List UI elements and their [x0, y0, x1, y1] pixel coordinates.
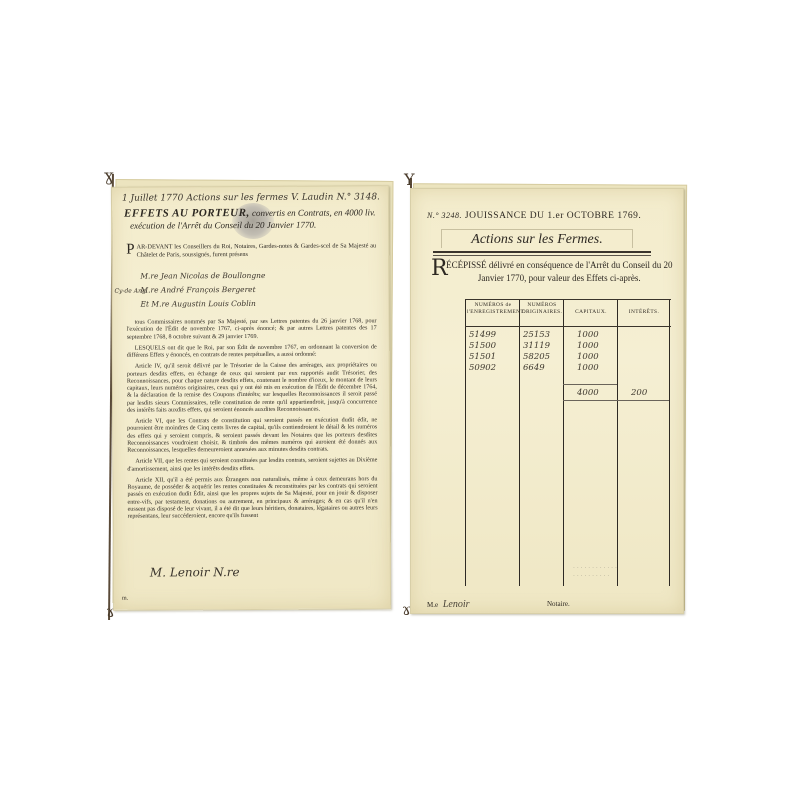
table-cell: 1000: [577, 363, 599, 373]
handwritten-date: 1 Juillet 1770: [122, 193, 183, 203]
header-interest: INTÉRÊTS.: [619, 309, 669, 316]
left-handwritten-header: 1 Juillet 1770 Actions sur les fermes V.…: [122, 192, 380, 203]
table-col-line: [617, 300, 618, 586]
left-title: EFFETS AU PORTEUR, convertis en Contrats…: [124, 206, 380, 231]
body-text: tous Commissaires nommés par Sa Majesté,…: [127, 318, 378, 525]
name-3: Et M.re Augustin Louis Coblin: [140, 296, 370, 311]
header-original-numbers: NUMÉROS ORIGINAIRES.: [521, 302, 563, 316]
paragraph-lesquels: LESQUELS ont dit que le Roi, par son Édi…: [127, 344, 377, 360]
header-text: JOUISSANCE DU 1.er OCTOBRE 1769.: [465, 211, 641, 221]
table-col-line: [519, 300, 520, 586]
table-cell: 1000: [577, 341, 599, 351]
table-cell: 51499: [469, 330, 496, 340]
title-caps: EFFETS AU PORTEUR,: [124, 207, 250, 220]
footer-signature: Lenoir: [443, 599, 470, 610]
handwritten-note: Actions sur les fermes: [186, 193, 287, 204]
table-cell: 1000: [577, 330, 599, 340]
paragraph-article-vi: Article VI, que les Contrats de constitu…: [127, 417, 377, 455]
paragraph-article-iv: Article IV, qu'il seroit délivré par le …: [127, 363, 377, 415]
left-document-page: 1 Juillet 1770 Actions sur les fermes V.…: [111, 185, 391, 610]
total-interest: 200: [631, 388, 647, 398]
table-cell: 31119: [523, 341, 550, 351]
table-cell: 25153: [523, 330, 550, 340]
table-header-row: NUMÉROS de l'ENREGISTREMENT. NUMÉROS ORI…: [465, 300, 671, 327]
total-rule: [563, 384, 617, 385]
string-knot-right-top: Y: [404, 170, 415, 189]
table-col-line: [563, 300, 564, 586]
right-document-page: N.° 3248. JOUISSANCE DU 1.er OCTOBRE 176…: [410, 188, 684, 614]
heavy-rule: [433, 251, 651, 253]
name-1: M.re Jean Nicolas de Boullongne: [140, 268, 370, 283]
receipt-text: R ÉCÉPISSÉ délivré en conséquence de l'A…: [425, 259, 675, 285]
notary-signature: M. Lenoir N.re: [150, 565, 240, 579]
footer-prefix: M.e: [427, 601, 438, 609]
thin-rule: [433, 255, 651, 256]
subtitle: Actions sur les Fermes.: [441, 229, 633, 248]
intro-paragraph: P AR-DEVANT les Conseillers du Roi, Nota…: [126, 242, 376, 258]
right-footer: M.e Lenoir Notaire.: [427, 599, 677, 610]
footer-label: Notaire.: [547, 600, 570, 608]
footer-mark: m.: [122, 596, 128, 602]
table-cell: 58205: [523, 352, 550, 362]
paragraph-article-xii: Article XII, qu'il a été permis aux Étra…: [127, 476, 377, 521]
intro-dropcap: P: [126, 244, 134, 256]
handwritten-number: N.° 3148.: [337, 192, 380, 202]
header-capital: CAPITAUX.: [565, 309, 617, 316]
table-cell: 1000: [577, 352, 599, 362]
header-number: N.° 3248.: [427, 211, 462, 220]
paragraph-article-vii: Article VII, que les rentes qui seroient…: [127, 458, 377, 474]
effects-table: NUMÉROS de l'ENREGISTREMENT. NUMÉROS ORI…: [465, 299, 671, 586]
right-header: N.° 3248. JOUISSANCE DU 1.er OCTOBRE 176…: [427, 211, 677, 221]
paragraph-commissaires: tous Commissaires nommés par Sa Majesté,…: [127, 318, 377, 341]
table-cell: 51500: [469, 341, 496, 351]
string-knot-left-top: ɣ: [104, 166, 114, 185]
intro-text: AR-DEVANT les Conseillers du Roi, Notair…: [137, 242, 377, 258]
table-col-line: [465, 300, 466, 586]
handwritten-name: V. Laudin: [291, 193, 333, 203]
bleed-through-text: · · · · · · · · · · · ·· · · · · · · · ·…: [573, 565, 673, 581]
title-line2: exécution de l'Arrêt du Conseil du 20 Ja…: [130, 220, 316, 231]
table-cell: 51501: [469, 352, 496, 362]
total-rule-2: [563, 400, 669, 401]
table-col-line: [669, 300, 670, 586]
header-registration-numbers: NUMÉROS de l'ENREGISTREMENT.: [467, 302, 519, 316]
title-rest: convertis en Contrats, en 4000 liv.: [252, 207, 376, 218]
table-cell: 6649: [523, 363, 545, 373]
total-capital: 4000: [577, 388, 599, 398]
table-cell: 50902: [469, 363, 496, 373]
name-2: M.re André François Bergeret: [140, 282, 370, 297]
receipt-body: ÉCÉPISSÉ délivré en conséquence de l'Arr…: [446, 260, 672, 283]
handwritten-names: M.re Jean Nicolas de Boullongne M.re And…: [140, 268, 370, 311]
